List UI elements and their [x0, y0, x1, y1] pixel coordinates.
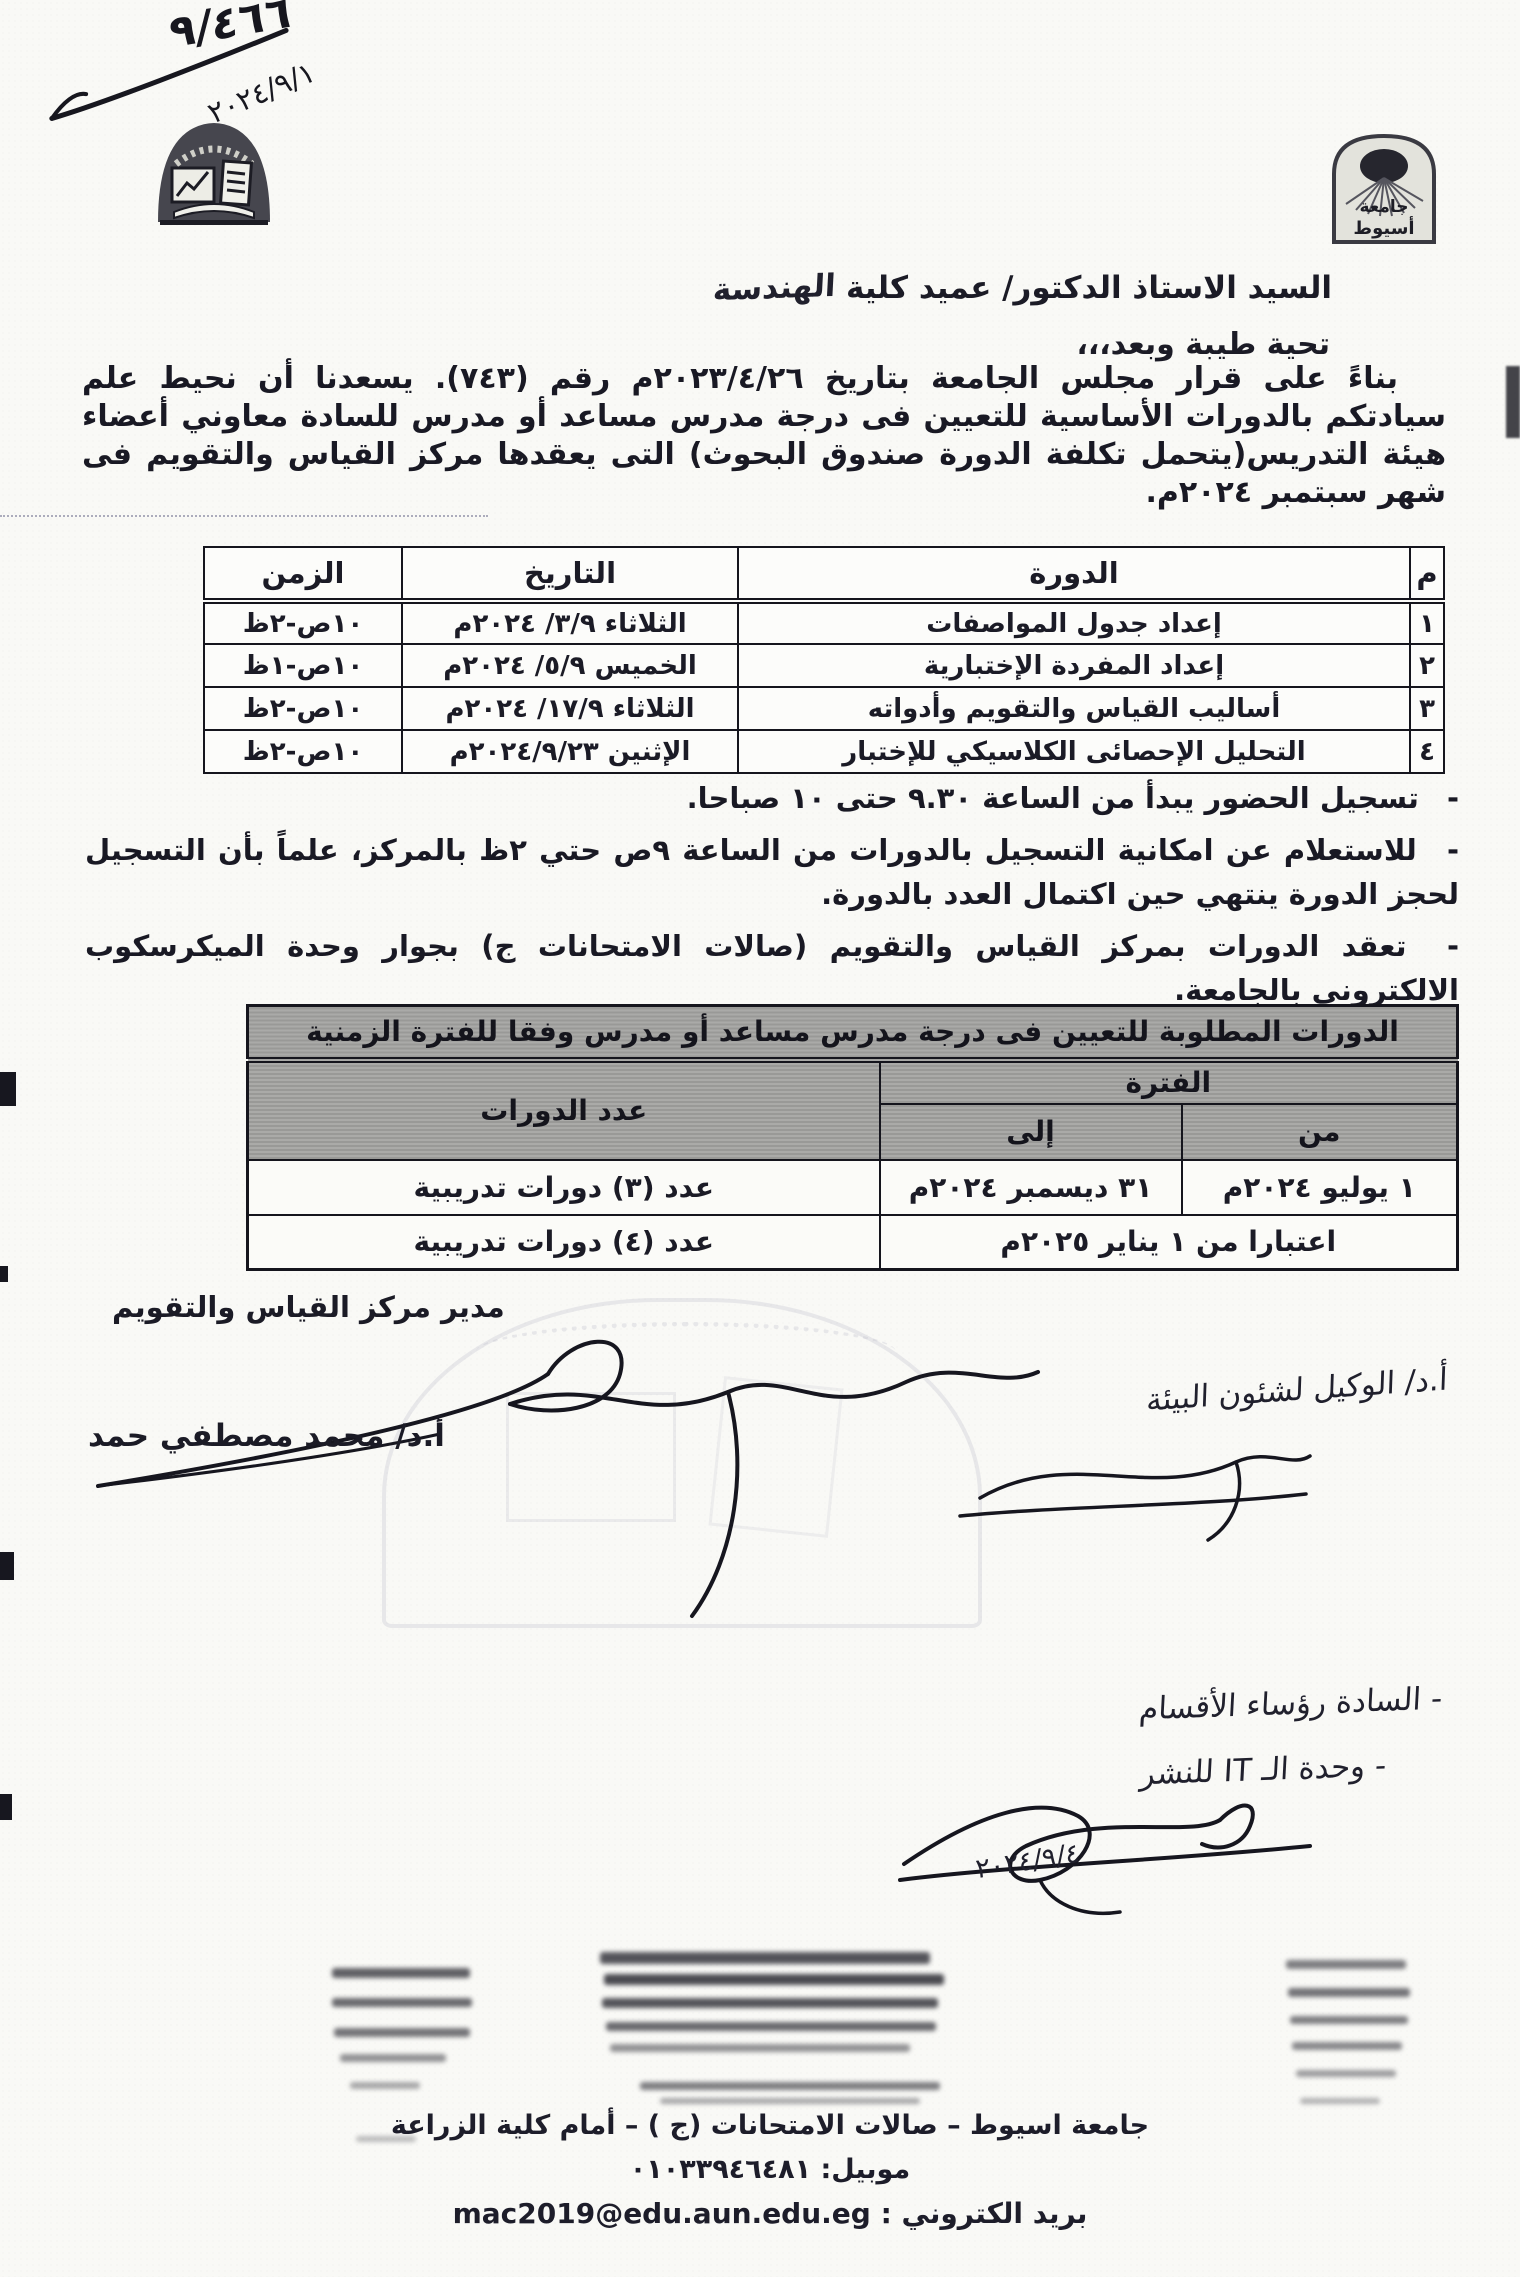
row-no: ٢ [1410, 644, 1444, 687]
course-time: ١٠ص-٢ظ [204, 730, 402, 773]
assiut-university-logo: جامعة أسيوط [1322, 126, 1446, 248]
scan-smudge [1290, 2016, 1408, 2024]
footer-email-label: بريد الكتروني : [881, 2197, 1088, 2230]
row-no: ١ [1410, 601, 1444, 644]
course-name: التحليل الإحصائى الكلاسيكي للإختبار [738, 730, 1410, 773]
dash-marker: - [1429, 833, 1459, 867]
course-name: أساليب القياس والتقويم وأدواته [738, 687, 1410, 730]
course-time: ١٠ص-٢ظ [204, 601, 402, 644]
course-date: الإثنين ٢٠٢٤/٩/٢٣م [402, 730, 738, 773]
scan-smudge [1288, 1988, 1410, 1997]
footer-mobile: موبيل: ٠١٠٣٣٩٤٦٤٨١ [340, 2154, 1200, 2185]
footer-block: جامعة اسيوط – صالات الامتحانات (ج ) – أم… [340, 2110, 1200, 2230]
scan-streak-artifact [0, 515, 488, 517]
course-time: ١٠ص-١ظ [204, 644, 402, 687]
course-time: ١٠ص-٢ظ [204, 687, 402, 730]
scan-edge-artifact [1506, 366, 1520, 438]
course-date: الخميس ٥/٩/ ٢٠٢٤م [402, 644, 738, 687]
row-no: ٣ [1410, 687, 1444, 730]
scan-smudge [640, 2082, 940, 2090]
scan-smudge [1296, 2070, 1396, 2077]
column-header-no: م [1410, 547, 1444, 601]
vice-dean-handwritten-note: أ.د/ الوكيل لشئون البيئة [1146, 1361, 1448, 1418]
dash-marker: - [1429, 781, 1459, 815]
period-table: الدورات المطلوبة للتعيين فى درجة مدرس مس… [246, 1004, 1459, 1271]
footer-email-line: بريد الكتروني : mac2019@edu.aun.edu.eg [340, 2197, 1200, 2230]
recipient-printed-text: السيد الاستاذ الدكتور/ عميد كلية [846, 270, 1332, 306]
recipient-handwritten-faculty: الهندسة [712, 268, 836, 308]
scan-edge-artifact [0, 1266, 8, 1282]
table-row: اعتبارا من ١ يناير ٢٠٢٥م عدد (٤) دورات ت… [248, 1215, 1458, 1270]
department-heads-note: - السادة رؤساء الأقسام [1138, 1681, 1443, 1728]
scan-smudge [1286, 1960, 1406, 1969]
column-header-time: الزمن [204, 547, 402, 601]
table-row: ١ يوليو ٢٠٢٤م ٣١ ديسمبر ٢٠٢٤م عدد (٣) دو… [248, 1160, 1458, 1215]
note-text: تعقد الدورات بمركز القياس والتقويم (صالا… [85, 929, 1459, 1007]
scan-smudge [606, 2022, 936, 2031]
table-row: ٣ أساليب القياس والتقويم وأدواته الثلاثا… [204, 687, 1444, 730]
scan-smudge [332, 1998, 472, 2007]
footer-email-address: mac2019@edu.aun.edu.eg [453, 2197, 871, 2230]
period-table-title: الدورات المطلوبة للتعيين فى درجة مدرس مس… [248, 1006, 1458, 1060]
footer-address: جامعة اسيوط – صالات الامتحانات (ج ) – أم… [340, 2110, 1200, 2141]
svg-text:أسيوط: أسيوط [1353, 216, 1414, 239]
scan-smudge [600, 1952, 930, 1964]
dash-marker: - [1429, 929, 1459, 963]
director-signature [80, 1316, 1080, 1636]
column-header-course: الدورة [738, 547, 1410, 601]
scan-smudge [602, 1998, 938, 2008]
table-row: ٢ إعداد المفردة الإختبارية الخميس ٥/٩/ ٢… [204, 644, 1444, 687]
note-text: للاستعلام عن امكانية التسجيل بالدورات من… [339, 833, 1417, 867]
column-header-from: من [1182, 1104, 1458, 1160]
column-header-period: الفترة [880, 1060, 1458, 1104]
table-row: ٤ التحليل الإحصائى الكلاسيكي للإختبار ال… [204, 730, 1444, 773]
notes-list: - تسجيل الحضور يبدأ من الساعة ٩.٣٠ حتى ١… [85, 776, 1459, 1020]
signature-name: أ.د/ محمد مصطفي حمد [88, 1418, 445, 1454]
scan-smudge [610, 2044, 910, 2052]
courses-table: م الدورة التاريخ الزمن ١ إعداد جدول المو… [203, 546, 1445, 774]
period-header-row: الفترة عدد الدورات [248, 1060, 1458, 1104]
scan-smudge [332, 1968, 470, 1978]
course-date: الثلاثاء ٣/٩/ ٢٠٢٤م [402, 601, 738, 644]
column-header-to: إلى [880, 1104, 1182, 1160]
bottom-signature [890, 1768, 1320, 1928]
table-row: ١ إعداد جدول المواصفات الثلاثاء ٣/٩/ ٢٠٢… [204, 601, 1444, 644]
scan-smudge [1292, 2042, 1402, 2050]
row-no: ٤ [1410, 730, 1444, 773]
period-from: ١ يوليو ٢٠٢٤م [1182, 1160, 1458, 1215]
scan-smudge [604, 1974, 944, 1985]
svg-text:جامعة: جامعة [1359, 197, 1408, 217]
column-header-count: عدد الدورات [248, 1060, 880, 1160]
period-table-title-row: الدورات المطلوبة للتعيين فى درجة مدرس مس… [248, 1006, 1458, 1060]
note-text: تسجيل الحضور يبدأ من الساعة ٩.٣٠ حتى ١٠ … [687, 781, 1419, 815]
course-name: إعداد جدول المواصفات [738, 601, 1410, 644]
scan-smudge [660, 2098, 920, 2104]
body-paragraph: بناءً على قرار مجلس الجامعة بتاريخ ٢٠٢٣/… [82, 360, 1446, 512]
note-registration: - للاستعلام عن امكانية التسجيل بالدورات … [85, 828, 1459, 916]
scanned-letter-page: ٩/٤٦٦ ٢٠٢٤/٩/١ جامعة أسيوط السيد [0, 0, 1520, 2277]
vice-dean-signature [950, 1428, 1330, 1548]
recipient-line: السيد الاستاذ الدكتور/ عميد كلية الهندسة [713, 270, 1332, 306]
column-header-date: التاريخ [402, 547, 738, 601]
note-location: - تعقد الدورات بمركز القياس والتقويم (صا… [85, 924, 1459, 1012]
courses-table-header-row: م الدورة التاريخ الزمن [204, 547, 1444, 601]
period-to: ٣١ ديسمبر ٢٠٢٤م [880, 1160, 1182, 1215]
scan-smudge [350, 2082, 420, 2089]
scan-edge-artifact [0, 1794, 12, 1820]
course-count: عدد (٤) دورات تدريبية [248, 1215, 880, 1270]
course-count: عدد (٣) دورات تدريبية [248, 1160, 880, 1215]
salutation-line: تحية طيبة وبعد،،، [1076, 327, 1330, 362]
period-range: اعتبارا من ١ يناير ٢٠٢٥م [880, 1215, 1458, 1270]
scan-smudge [340, 2054, 446, 2062]
course-date: الثلاثاء ١٧/٩/ ٢٠٢٤م [402, 687, 738, 730]
scan-edge-artifact [0, 1552, 14, 1580]
measurement-center-logo [148, 116, 280, 236]
scan-edge-artifact [0, 1072, 16, 1106]
scan-smudge [334, 2028, 470, 2037]
note-attendance: - تسجيل الحضور يبدأ من الساعة ٩.٣٠ حتى ١… [85, 776, 1459, 820]
course-name: إعداد المفردة الإختبارية [738, 644, 1410, 687]
scan-smudge [1300, 2098, 1380, 2104]
